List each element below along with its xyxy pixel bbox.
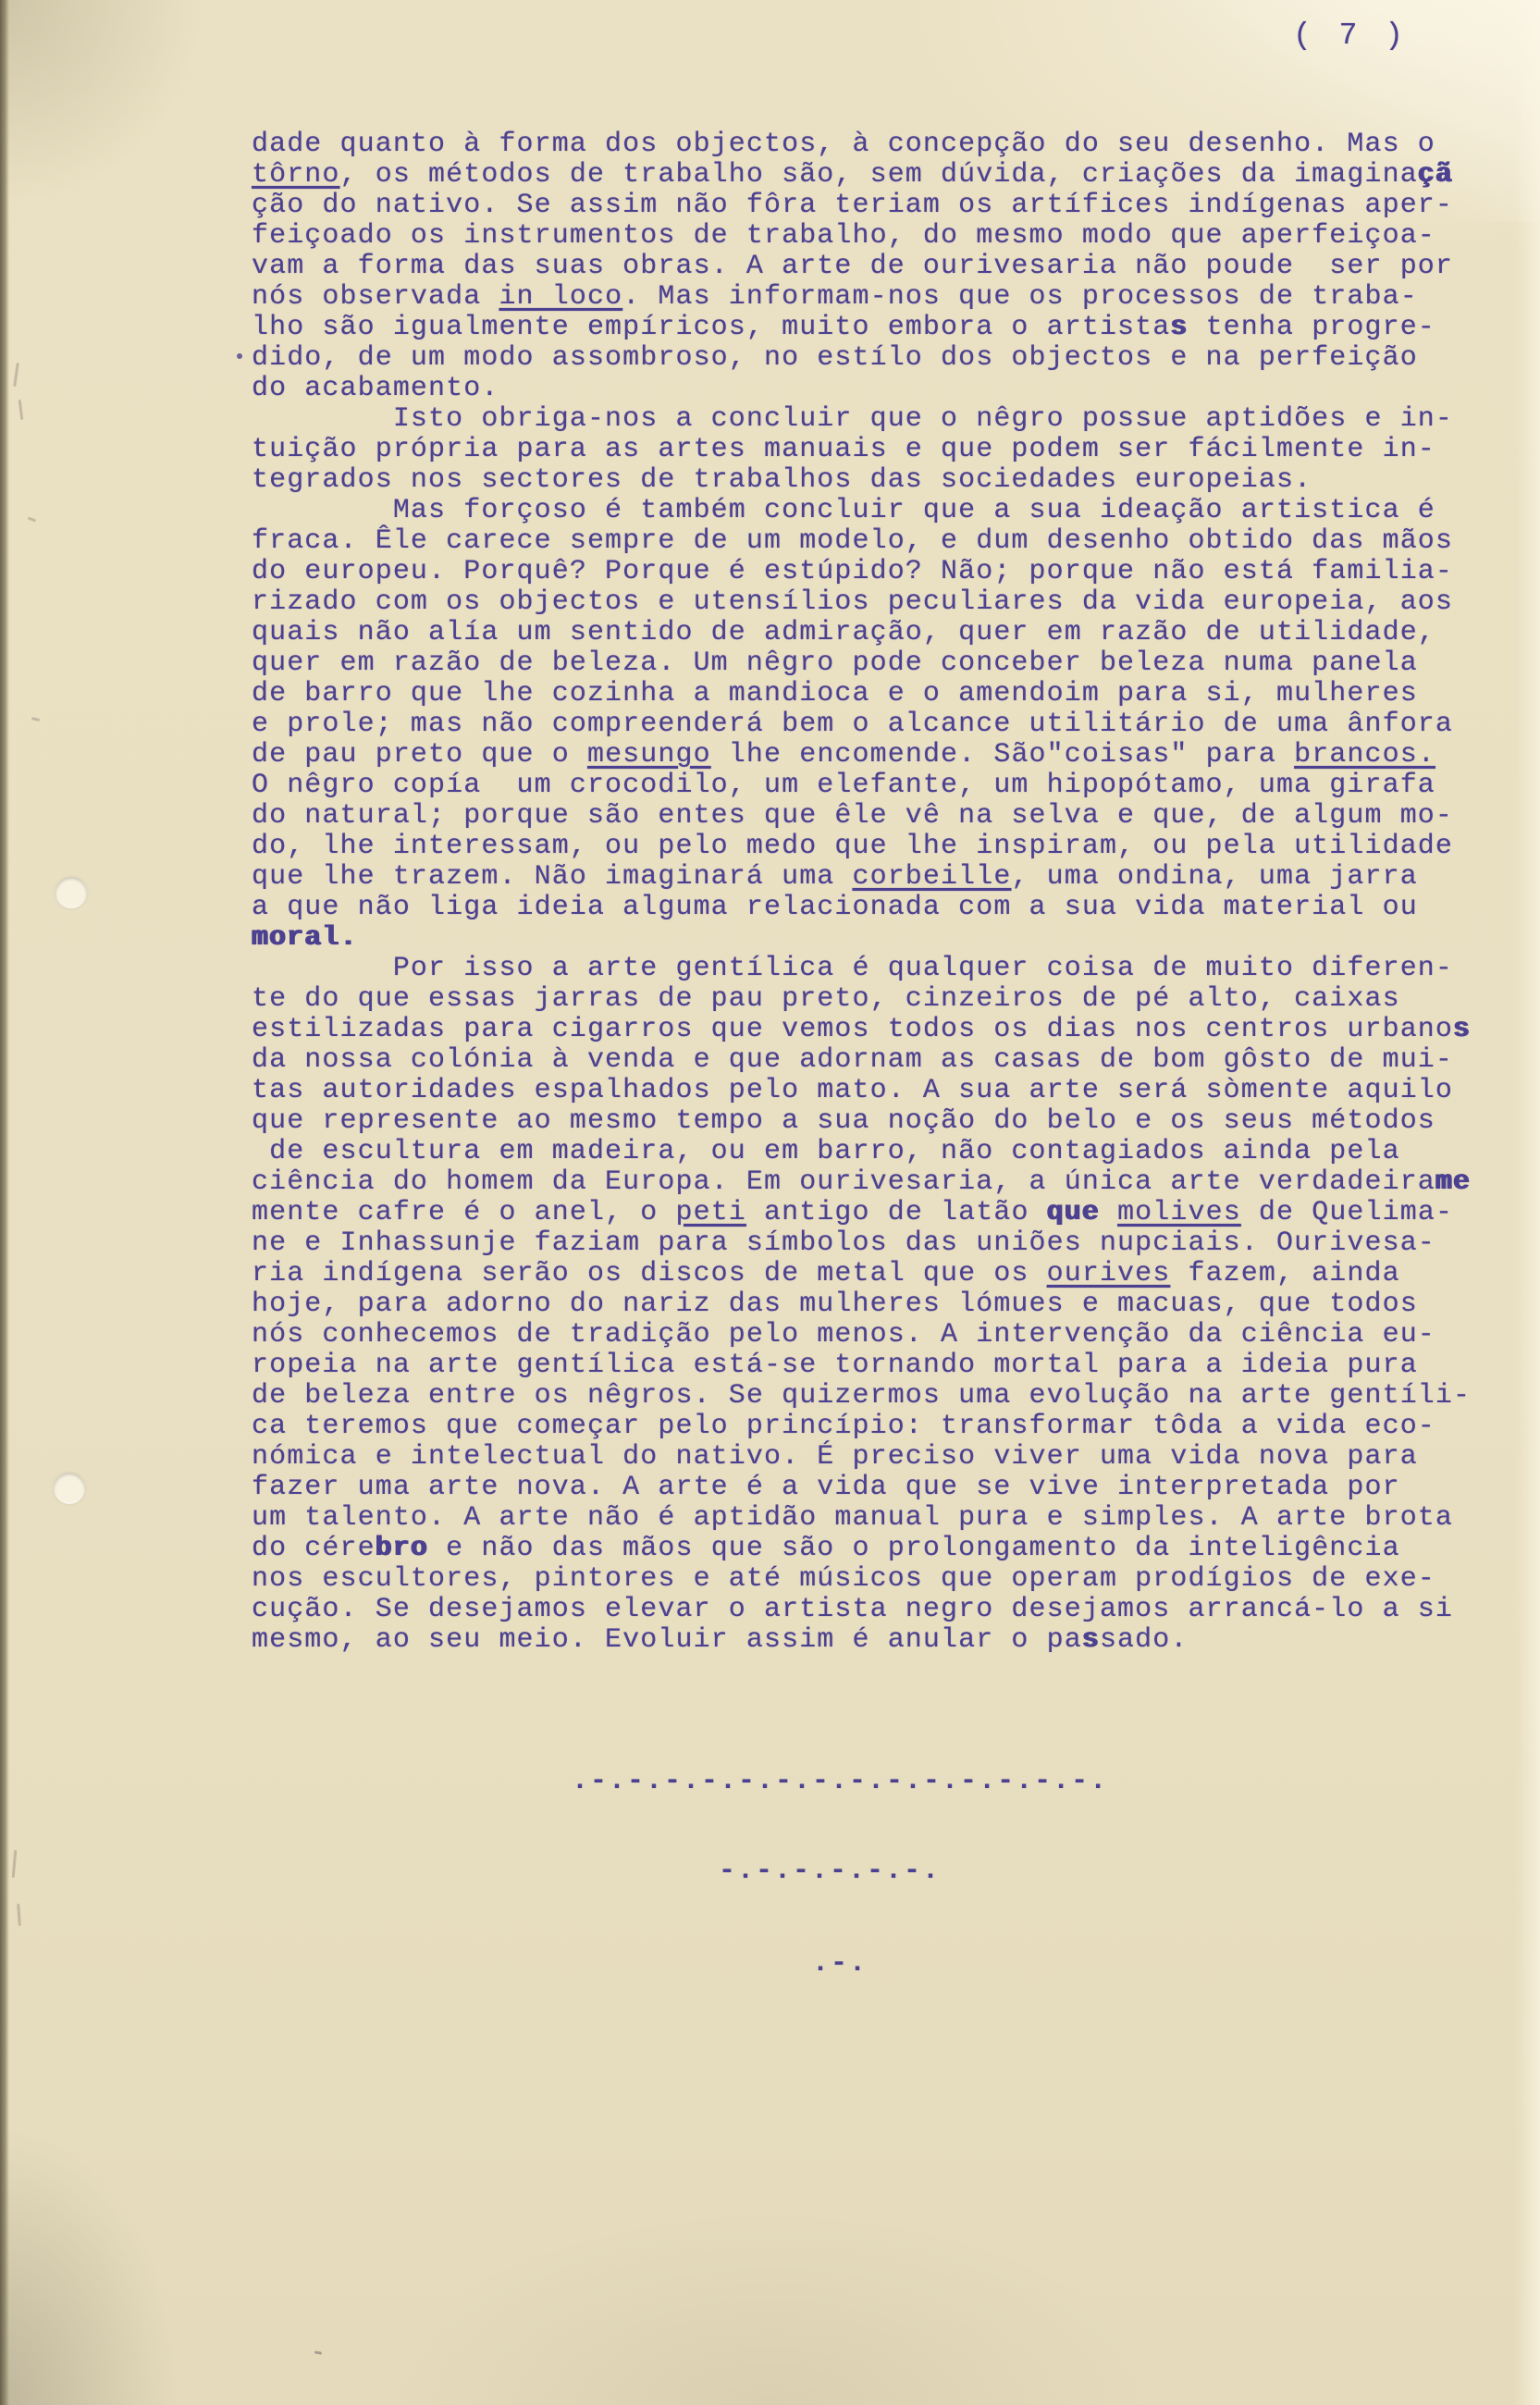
- text-line: do, lhe interessam, ou pelo medo que lhe…: [252, 832, 1519, 862]
- document-page: ( 7 ) dade quanto à forma dos objectos, …: [0, 0, 1540, 2405]
- text-line: que lhe trazem. Não imaginará uma corbei…: [252, 862, 1519, 893]
- margin-pencil-mark: [28, 517, 36, 523]
- text-line: de pau preto que o mesungo lhe encomende…: [252, 740, 1519, 771]
- text-line: nos escultores, pintores e até músicos q…: [252, 1564, 1519, 1595]
- stray-ink-dot: [237, 353, 242, 359]
- typed-text-block: dade quanto à forma dos objectos, à conc…: [252, 129, 1519, 1979]
- text-line: ca teremos que começar pelo princípio: t…: [252, 1412, 1519, 1442]
- text-line: da nossa colónia à venda e que adornam a…: [252, 1045, 1519, 1076]
- text-line: estilizadas para cigarros que vemos todo…: [252, 1015, 1519, 1045]
- text-line: do europeu. Porquê? Porque é estúpido? N…: [252, 557, 1519, 587]
- margin-pencil-mark: [314, 2350, 322, 2354]
- text-line: O nêgro copía um crocodilo, um elefante,…: [252, 771, 1519, 801]
- separator-line-2: -.-.-.-.-.-.: [719, 1856, 1519, 1887]
- text-line: quais não alía um sentido de admiração, …: [252, 618, 1519, 648]
- text-line: nós observada in loco. Mas informam-nos …: [252, 282, 1519, 313]
- text-line: mesmo, ao seu meio. Evoluir assim é anul…: [252, 1625, 1519, 1656]
- text-line: do natural; porque são entes que êle vê …: [252, 801, 1519, 832]
- text-line: fazer uma arte nova. A arte é a vida que…: [252, 1473, 1519, 1503]
- text-line: moral.: [252, 923, 1519, 954]
- punch-hole-bottom: [54, 1473, 85, 1504]
- text-line: vam a forma das suas obras. A arte de ou…: [252, 252, 1519, 282]
- margin-pencil-mark: [13, 363, 19, 387]
- text-line: tôrno, os métodos de trabalho são, sem d…: [252, 160, 1519, 191]
- text-line: te do que essas jarras de pau preto, cin…: [252, 984, 1519, 1015]
- separator-line-1: .-.-.-.-.-.-.-.-.-.-.-.-.-.-.: [572, 1767, 1519, 1797]
- text-line: Mas forçoso é também concluir que a sua …: [252, 496, 1519, 526]
- text-line: a que não liga ideia alguma relacionada …: [252, 893, 1519, 923]
- text-lines: dade quanto à forma dos objectos, à conc…: [252, 129, 1519, 1656]
- text-line: e prole; mas não compreenderá bem o alca…: [252, 709, 1519, 740]
- text-line: fraca. Êle carece sempre de um modelo, e…: [252, 526, 1519, 557]
- text-line: dade quanto à forma dos objectos, à conc…: [252, 129, 1519, 160]
- text-line: que represente ao mesmo tempo a sua noçã…: [252, 1106, 1519, 1137]
- text-line: quer em razão de beleza. Um nêgro pode c…: [252, 648, 1519, 679]
- text-line: nós conhecemos de tradição pelo menos. A…: [252, 1320, 1519, 1350]
- text-line: rizado com os objectos e utensílios pecu…: [252, 587, 1519, 618]
- margin-pencil-mark: [31, 717, 40, 721]
- text-line: de beleza entre os nêgros. Se quizermos …: [252, 1381, 1519, 1412]
- text-line: lho são igualmente empíricos, muito embo…: [252, 313, 1519, 343]
- punch-hole-top: [55, 877, 87, 908]
- text-line: tas autoridades espalhados pelo mato. A …: [252, 1076, 1519, 1106]
- text-line: de escultura em madeira, ou em barro, nã…: [252, 1137, 1519, 1167]
- text-line: ria indígena serão os discos de metal qu…: [252, 1259, 1519, 1289]
- scan-edge-left: [0, 0, 9, 2405]
- text-line: mente cafre é o anel, o peti antigo de l…: [252, 1198, 1519, 1228]
- text-line: feiçoado os instrumentos de trabalho, do…: [252, 221, 1519, 252]
- text-line: Isto obriga-nos a concluir que o nêgro p…: [252, 404, 1519, 435]
- text-line: dido, de um modo assombroso, no estílo d…: [252, 343, 1519, 374]
- text-line: ropeia na arte gentílica está-se tornand…: [252, 1350, 1519, 1381]
- margin-pencil-mark: [17, 1904, 21, 1926]
- text-line: de barro que lhe cozinha a mandioca e o …: [252, 679, 1519, 709]
- text-line: ciência do homem da Europa. Em ourivesar…: [252, 1167, 1519, 1198]
- text-line: do acabamento.: [252, 374, 1519, 404]
- text-line: cução. Se desejamos elevar o artista neg…: [252, 1595, 1519, 1625]
- text-line: ção do nativo. Se assim não fôra teriam …: [252, 191, 1519, 221]
- text-line: hoje, para adorno do nariz das mulheres …: [252, 1289, 1519, 1320]
- text-line: do cérebro e não das mãos que são o prol…: [252, 1534, 1519, 1564]
- text-line: tuição própria para as artes manuais e q…: [252, 435, 1519, 465]
- text-line: ne e Inhassunje faziam para símbolos das…: [252, 1228, 1519, 1259]
- margin-pencil-mark: [18, 400, 24, 420]
- text-line: um talento. A arte não é aptidão manual …: [252, 1503, 1519, 1534]
- separator-line-3: .-.: [812, 1949, 1519, 1979]
- margin-pencil-mark: [12, 1850, 18, 1878]
- text-line: nómica e intelectual do nativo. É precis…: [252, 1442, 1519, 1473]
- page-number: ( 7 ): [1293, 18, 1408, 53]
- text-line: tegrados nos sectores de trabalhos das s…: [252, 465, 1519, 496]
- text-line: Por isso a arte gentílica é qualquer coi…: [252, 954, 1519, 984]
